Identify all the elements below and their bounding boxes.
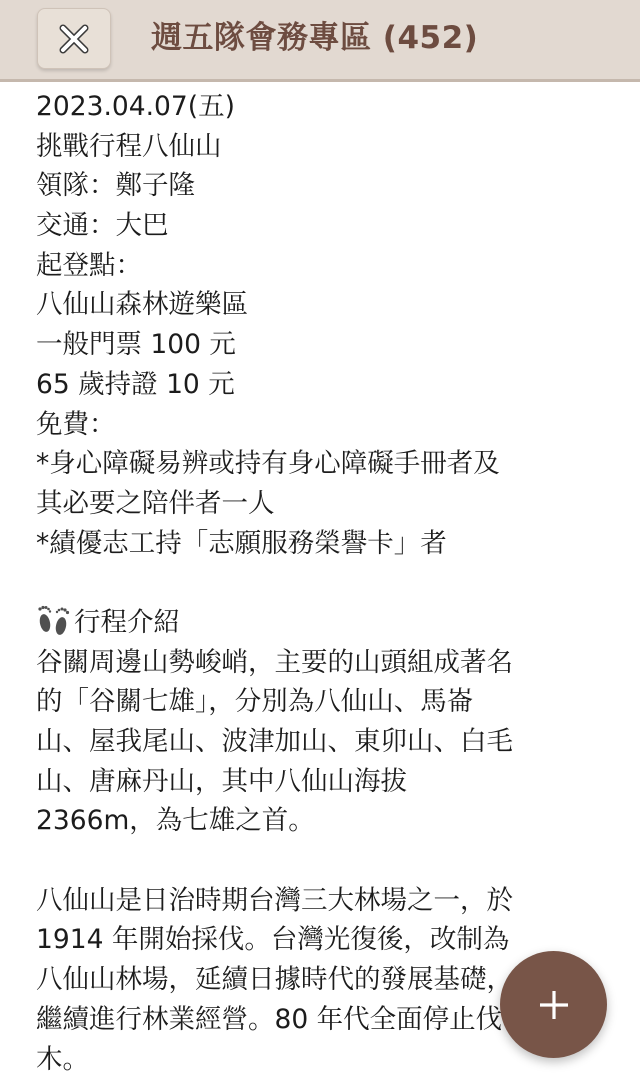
intro-p1-line: 谷關周邊山勢峻峭，主要的山頭組成著名	[36, 643, 606, 683]
intro-p2-line: 1914 年開始採伐。台灣光復後，改制為	[36, 920, 606, 960]
close-x-icon	[56, 21, 92, 57]
intro-p2-line: 八仙山是日治時期台灣三大林場之一，於	[36, 881, 606, 921]
start-point: 八仙山森林遊樂區	[36, 285, 606, 325]
free-rule-1b: 其必要之陪伴者一人	[36, 484, 606, 524]
intro-p1-line: 2366m，為七雄之首。	[36, 801, 606, 841]
transport: 交通：大巴	[36, 206, 606, 246]
post-date: 2023.04.07(五)	[36, 87, 606, 127]
page-title: 週五隊會務專區 (452)	[151, 18, 478, 58]
intro-heading-row: 行程介紹	[36, 603, 606, 643]
footprints-icon	[36, 603, 72, 637]
free-rule-2: *績優志工持「志願服務榮譽卡」者	[36, 524, 606, 564]
intro-p1-line: 山、屋我尾山、波津加山、東卯山、白毛	[36, 722, 606, 762]
free-label: 免費：	[36, 405, 606, 445]
leader: 領隊：鄭子隆	[36, 166, 606, 206]
close-button[interactable]	[37, 8, 111, 69]
ticket-general: 一般門票 100 元	[36, 325, 606, 365]
free-rule-1a: *身心障礙易辨或持有身心障礙手冊者及	[36, 444, 606, 484]
add-fab-button[interactable]	[500, 951, 607, 1058]
intro-heading: 行程介紹	[74, 607, 180, 638]
post-body: 2023.04.07(五) 挑戰行程八仙山 領隊：鄭子隆 交通：大巴 起登點： …	[36, 87, 606, 1079]
intro-p1-line: 山、唐麻丹山，其中八仙山海拔	[36, 762, 606, 802]
trip-name: 挑戰行程八仙山	[36, 127, 606, 167]
spacer	[36, 563, 606, 603]
ticket-senior: 65 歲持證 10 元	[36, 365, 606, 405]
intro-p1-line: 的「谷關七雄」，分別為八仙山、馬崙	[36, 682, 606, 722]
start-label: 起登點：	[36, 246, 606, 286]
top-app-bar: 週五隊會務專區 (452)	[0, 0, 640, 82]
spacer	[36, 841, 606, 881]
plus-icon	[538, 989, 570, 1021]
